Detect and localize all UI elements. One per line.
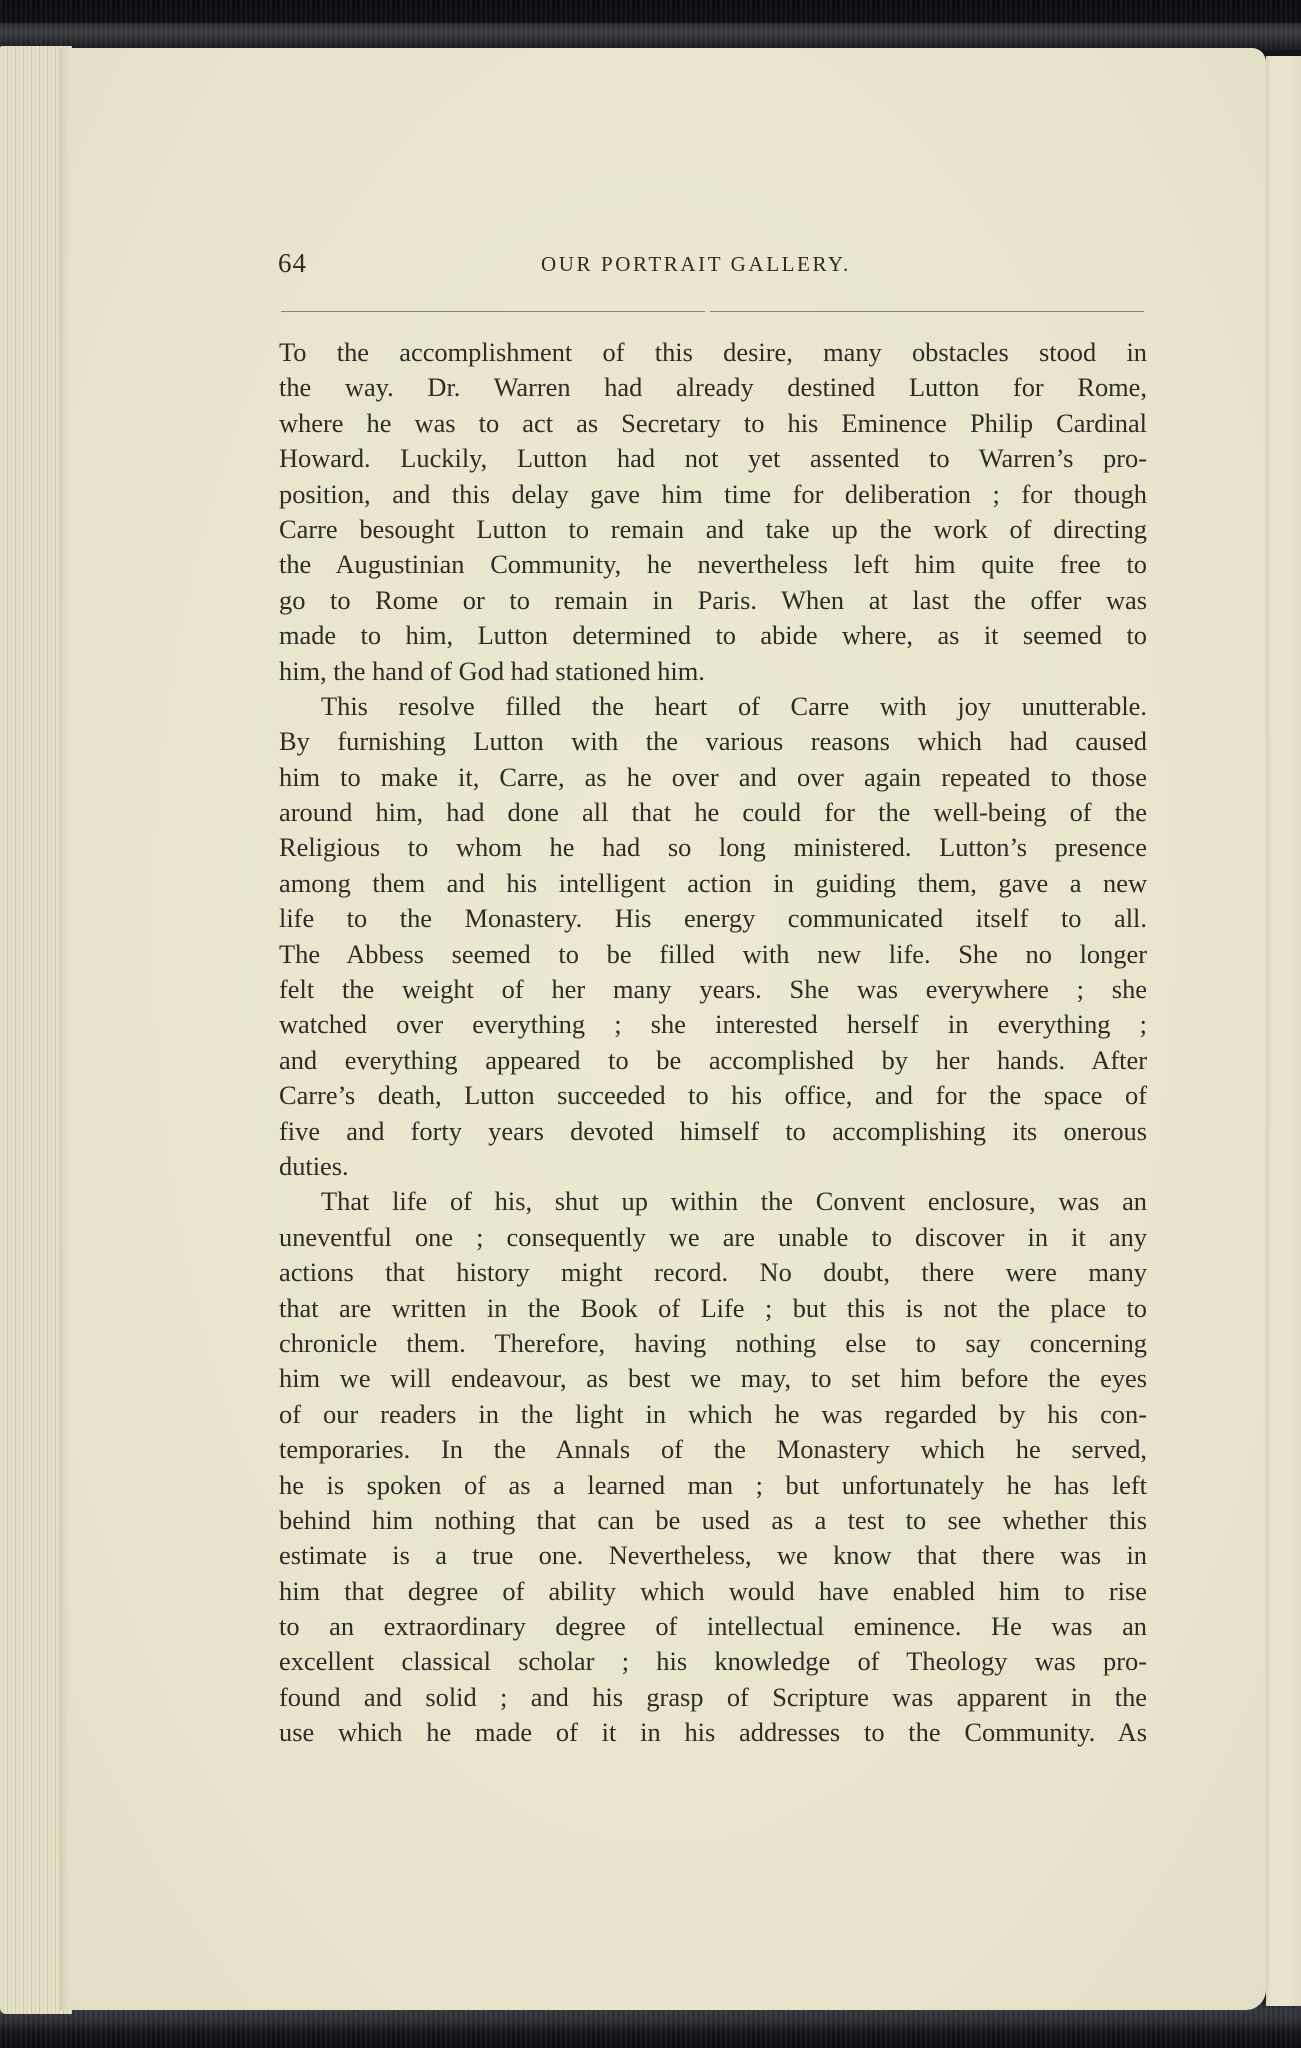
text-line: he is spoken of as a learned man ; but u… [279, 1468, 1147, 1503]
text-line: uneventful one ; consequently we are una… [279, 1220, 1147, 1255]
text-line: found and solid ; and his grasp of Scrip… [279, 1680, 1147, 1715]
text-line: felt the weight of her many years. She w… [279, 972, 1147, 1007]
body-text: To the accomplishment of this desire, ma… [279, 335, 1147, 1751]
text-line: This resolve filled the heart of Carre w… [279, 689, 1147, 724]
text-line: where he was to act as Secretary to his … [279, 406, 1147, 441]
text-line: position, and this delay gave him time f… [279, 477, 1147, 512]
text-line: Howard. Luckily, Lutton had not yet asse… [279, 441, 1147, 476]
text-line: among them and his intelligent action in… [279, 866, 1147, 901]
text-line: By furnishing Lutton with the various re… [279, 724, 1147, 759]
text-line: of our readers in the light in which he … [279, 1397, 1147, 1432]
running-head-title: OUR PORTRAIT GALLERY. [541, 252, 851, 277]
text-line: Carre’s death, Lutton succeeded to his o… [279, 1078, 1147, 1113]
text-line: Carre besought Lutton to remain and take… [279, 512, 1147, 547]
facing-page-edge [1266, 56, 1301, 2006]
text-line: the Augustinian Community, he neverthele… [279, 547, 1147, 582]
text-line: The Abbess seemed to be filled with new … [279, 937, 1147, 972]
text-line: life to the Monastery. His energy commun… [279, 901, 1147, 936]
text-line: five and forty years devoted himself to … [279, 1114, 1147, 1149]
text-line: actions that history might record. No do… [279, 1255, 1147, 1290]
text-line: made to him, Lutton determined to abide … [279, 618, 1147, 653]
header-rule-right [710, 311, 1144, 312]
text-line: him, the hand of God had stationed him. [279, 654, 1147, 689]
text-line: go to Rome or to remain in Paris. When a… [279, 583, 1147, 618]
text-line: to an extraordinary degree of intellectu… [279, 1609, 1147, 1644]
header-rule-left [281, 311, 705, 312]
text-line: To the accomplishment of this desire, ma… [279, 335, 1147, 370]
text-line: temporaries. In the Annals of the Monast… [279, 1432, 1147, 1467]
page-number: 64 [278, 248, 307, 279]
text-line: and everything appeared to be accomplish… [279, 1043, 1147, 1078]
text-line: watched over everything ; she interested… [279, 1007, 1147, 1042]
text-line: Religious to whom he had so long ministe… [279, 830, 1147, 865]
text-line: the way. Dr. Warren had already destined… [279, 370, 1147, 405]
text-line: him we will endeavour, as best we may, t… [279, 1361, 1147, 1396]
running-head: 64 OUR PORTRAIT GALLERY. [278, 248, 1146, 284]
text-line: That life of his, shut up within the Con… [279, 1184, 1147, 1219]
text-line: excellent classical scholar ; his knowle… [279, 1644, 1147, 1679]
text-line: him to make it, Carre, as he over and ov… [279, 760, 1147, 795]
text-line: use which he made of it in his addresses… [279, 1715, 1147, 1750]
text-line: duties. [279, 1149, 1147, 1184]
text-line: him that degree of ability which would h… [279, 1574, 1147, 1609]
text-line: chronicle them. Therefore, having nothin… [279, 1326, 1147, 1361]
book-cover-top-edge [0, 0, 1301, 50]
text-line: around him, had done all that he could f… [279, 795, 1147, 830]
text-line: that are written in the Book of Life ; b… [279, 1291, 1147, 1326]
text-line: estimate is a true one. Nevertheless, we… [279, 1538, 1147, 1573]
text-line: behind him nothing that can be used as a… [279, 1503, 1147, 1538]
